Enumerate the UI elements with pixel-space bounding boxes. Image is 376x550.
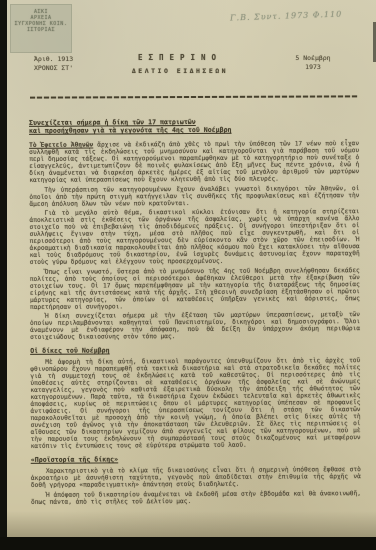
masthead-issue-block: Ἀριθ. 1913 ΧΡΟΝΟΣ ΣΤ' <box>34 55 73 73</box>
masthead-title-block: ΕΣΠΕΡΙΝΟ ΔΕΛΤΙΟ ΕΙΔΗΣΕΩΝ <box>116 53 244 75</box>
article-paragraph: Ὅπως εἶναι γνωστό, ὕστερα ἀπὸ τὸ μνημόσυ… <box>30 267 360 311</box>
headline-line2: καὶ προσήχθησαν γιὰ τὰ γεγονότα τῆς 4ης … <box>29 125 359 135</box>
bulletin-title-line1: ΕΣΠΕΡΙΝΟ <box>116 53 244 62</box>
issue-date-year: 1973 <box>282 63 344 72</box>
article-paragraph: Τὴν ὑπεράσπιση τῶν κατηγορουμένων ἔχουν … <box>29 185 359 208</box>
article-body: Συνεχίζεται σήμερα ἡ δίκη τῶν 17 πατριωτ… <box>29 117 361 508</box>
handwritten-annotation: Γ.Β. Συντ. 1973 Φ.110 <box>230 9 370 23</box>
issue-number: Ἀριθ. 1913 <box>34 55 73 64</box>
scan-bottom-edge <box>0 537 376 550</box>
scan-left-edge <box>0 0 7 550</box>
scanned-bulletin-page: ΑΣΚΙ ΑΡΧΕΙΑ ΣΥΓΧΡΟΝΗΣ ΚΟΙΝ. ΙΣΤΟΡΙΑΣ Γ.Β… <box>0 0 376 550</box>
section-heading-trials: Οἱ δίκες τοῦ Νοέμβρη <box>30 346 360 355</box>
volume-label: ΧΡΟΝΟΣ ΣΤ' <box>34 64 73 73</box>
issue-date-day: 5 Νοέμβρη <box>282 54 344 63</box>
section-heading-history: «Προϊστορία τῆς δίκης» <box>31 455 361 464</box>
article-headline: Συνεχίζεται σήμερα ἡ δίκη τῶν 17 πατριωτ… <box>29 117 359 135</box>
bulletin-title-line2: ΔΕΛΤΙΟ ΕΙΔΗΣΕΩΝ <box>116 67 244 75</box>
archive-stamp: ΑΣΚΙ ΑΡΧΕΙΑ ΣΥΓΧΡΟΝΗΣ ΚΟΙΝ. ΙΣΤΟΡΙΑΣ <box>10 4 72 53</box>
stamp-line: ΙΣΤΟΡΙΑΣ <box>11 27 71 33</box>
article-paragraph: Ἡ δίκη συνεχίζεται σήμερα μὲ τὴν ἐξέταση… <box>30 311 360 341</box>
scan-bottom-shadow <box>0 511 376 537</box>
masthead-date-block: 5 Νοέμβρη 1973 <box>282 54 344 72</box>
article-paragraph: Γιὰ τὸ μεγάλο αὐτὸ θέμα, δικαστικοὶ κύκλ… <box>29 208 359 266</box>
article-paragraph: Τὸ Ἐφετεῖο Ἀθηνῶν ἄρχισε νὰ ἐκδικάζη ἀπὸ… <box>29 140 359 184</box>
article-paragraph: Ἡ ἀπόφαση τοῦ δικαστηρίου ἀναμένεται νὰ … <box>31 490 361 506</box>
article-paragraph: Μὲ ἀφορμὴ τὴ δίκη αὐτή, δικαστικοὶ παράγ… <box>30 357 360 450</box>
article-paragraph: Χαρακτηριστικὸ γιὰ τὸ κλίμα τῆς δικαιοσύ… <box>31 466 361 489</box>
masthead-divider-rule <box>30 95 358 98</box>
